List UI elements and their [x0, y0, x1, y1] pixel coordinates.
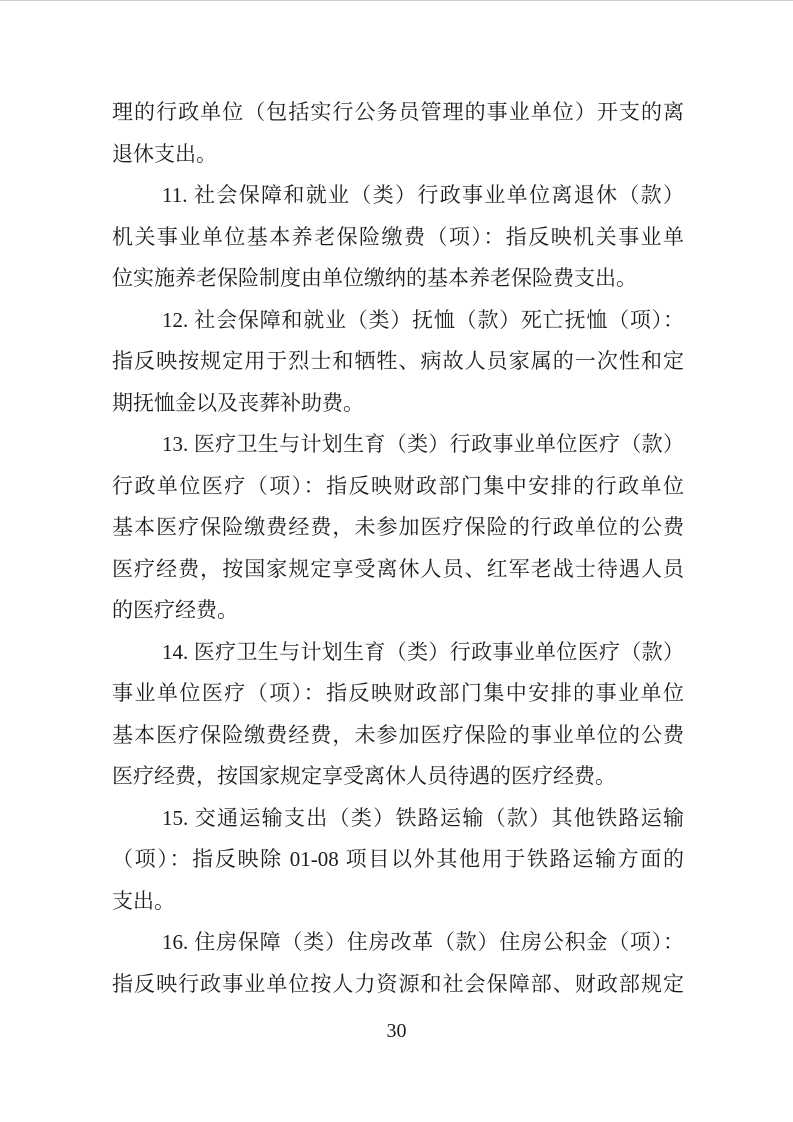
text-line: 医疗经费，按国家规定享受离休人员待遇的医疗经费。 [112, 756, 684, 798]
text-line: 11. 社会保障和就业（类）行政事业单位离退休（款） [112, 175, 684, 217]
text-line: 理的行政单位（包括实行公务员管理的事业单位）开支的离 [112, 92, 684, 134]
text-line: 的医疗经费。 [112, 590, 684, 632]
text-line: 13. 医疗卫生与计划生育（类）行政事业单位医疗（款） [112, 424, 684, 466]
text-line: 基本医疗保险缴费经费，未参加医疗保险的事业单位的公费 [112, 715, 684, 757]
text-line: 位实施养老保险制度由单位缴纳的基本养老保险费支出。 [112, 258, 684, 300]
text-line: 14. 医疗卫生与计划生育（类）行政事业单位医疗（款） [112, 632, 684, 674]
page-number: 30 [0, 1016, 793, 1046]
document-body: 理的行政单位（包括实行公务员管理的事业单位）开支的离退休支出。11. 社会保障和… [112, 92, 684, 1005]
paragraph-item-14: 14. 医疗卫生与计划生育（类）行政事业单位医疗（款）事业单位医疗（项）：指反映… [112, 632, 684, 798]
text-line: 指反映按规定用于烈士和牺牲、病故人员家属的一次性和定 [112, 341, 684, 383]
text-line: 事业单位医疗（项）：指反映财政部门集中安排的事业单位 [112, 673, 684, 715]
paragraph-continuation: 理的行政单位（包括实行公务员管理的事业单位）开支的离退休支出。 [112, 92, 684, 175]
paragraph-item-16: 16. 住房保障（类）住房改革（款）住房公积金（项）：指反映行政事业单位按人力资… [112, 922, 684, 1005]
paragraph-item-11: 11. 社会保障和就业（类）行政事业单位离退休（款）机关事业单位基本养老保险缴费… [112, 175, 684, 300]
text-line: 12. 社会保障和就业（类）抚恤（款）死亡抚恤（项）： [112, 300, 684, 342]
text-line: 支出。 [112, 881, 684, 923]
paragraph-item-15: 15. 交通运输支出（类）铁路运输（款）其他铁路运输（项）：指反映除 01-08… [112, 798, 684, 923]
text-line: 机关事业单位基本养老保险缴费（项）：指反映机关事业单 [112, 217, 684, 259]
text-line: 基本医疗保险缴费经费，未参加医疗保险的行政单位的公费 [112, 507, 684, 549]
text-line: （项）：指反映除 01-08 项目以外其他用于铁路运输方面的 [112, 839, 684, 881]
text-line: 医疗经费，按国家规定享受离休人员、红军老战士待遇人员 [112, 549, 684, 591]
paragraph-item-12: 12. 社会保障和就业（类）抚恤（款）死亡抚恤（项）：指反映按规定用于烈士和牺牲… [112, 300, 684, 425]
document-page: 理的行政单位（包括实行公务员管理的事业单位）开支的离退休支出。11. 社会保障和… [0, 0, 793, 1122]
text-line: 期抚恤金以及丧葬补助费。 [112, 383, 684, 425]
text-line: 15. 交通运输支出（类）铁路运输（款）其他铁路运输 [112, 798, 684, 840]
text-line: 16. 住房保障（类）住房改革（款）住房公积金（项）： [112, 922, 684, 964]
text-line: 指反映行政事业单位按人力资源和社会保障部、财政部规定 [112, 964, 684, 1006]
paragraph-item-13: 13. 医疗卫生与计划生育（类）行政事业单位医疗（款）行政单位医疗（项）：指反映… [112, 424, 684, 632]
text-line: 退休支出。 [112, 134, 684, 176]
text-line: 行政单位医疗（项）：指反映财政部门集中安排的行政单位 [112, 466, 684, 508]
